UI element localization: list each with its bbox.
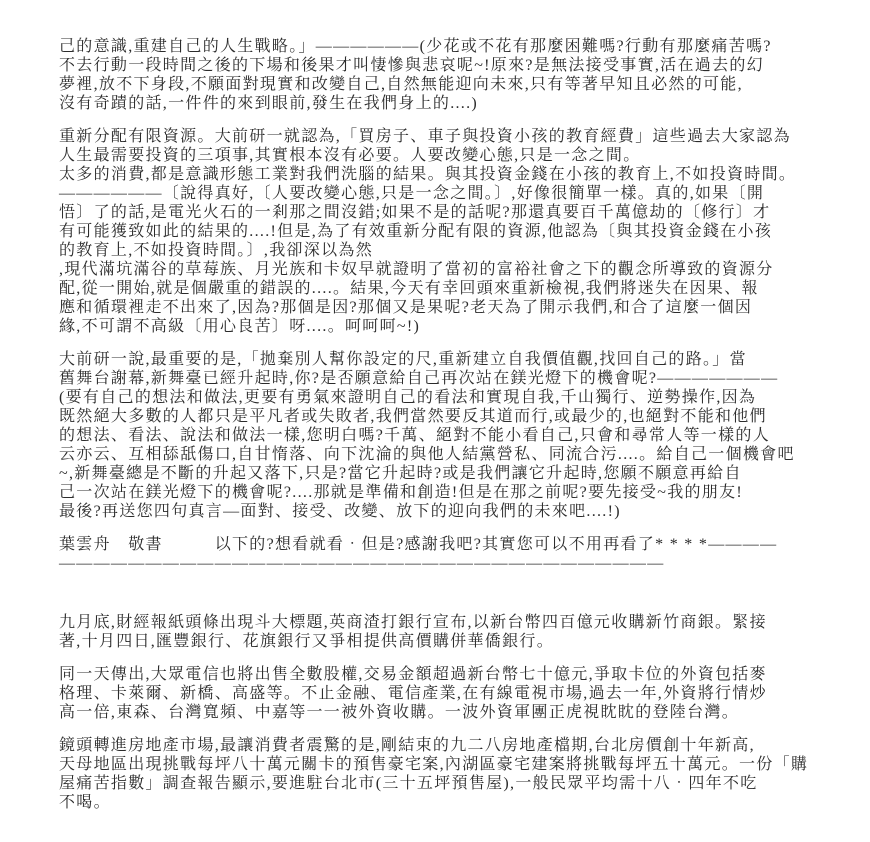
document-page: 己的意識,重建自己的人生戰略。」——————(少花或不花有那麼困難嗎?行動有那麼… [59,0,811,812]
paragraph-resource-reallocation: 重新分配有限資源。大前研一就認為,「買房子、車子與投資小孩的教育經費」這些過去大… [59,127,811,336]
paragraph-telecom-news: 同一天傳出,大眾電信也將出售全數股權,交易金額超過新台幣七十億元,爭取卡位的外資… [59,665,811,722]
paragraph-new-stage: 大前研一說,最重要的是,「拋棄別人幫你設定的尺,重新建立自我價值觀,找回自己的路… [59,350,811,521]
paragraph-real-estate-news: 鏡頭轉進房地產市場,最讓消費者震驚的是,剛結束的九二八房地產檔期,台北房價創十年… [59,736,811,812]
paragraph-bank-acquisition-news: 九月底,財經報紙頭條出現斗大標題,英商渣打銀行宣布,以新台幣四百億元收購新竹商銀… [59,613,811,651]
paragraph-strategy-comment: 己的意識,重建自己的人生戰略。」——————(少花或不花有那麼困難嗎?行動有那麼… [59,37,811,113]
signature-line: 葉雲舟 敬書 以下的?想看就看‧但是?感謝我吧?其實您可以不用再看了* * * … [59,535,811,573]
